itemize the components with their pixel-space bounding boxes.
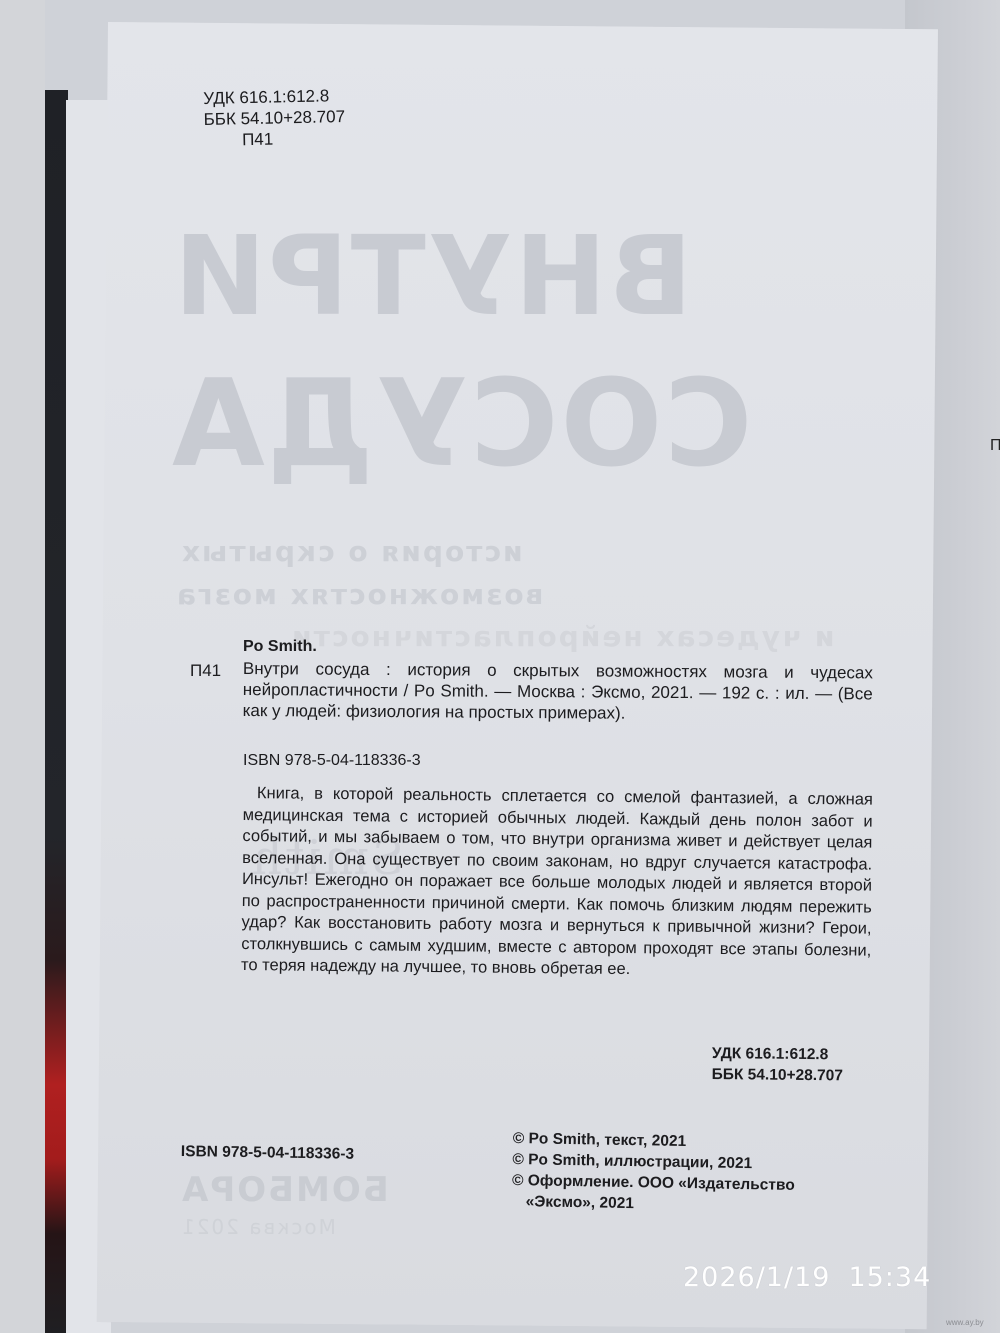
header-udk: УДК 616.1:612.8 bbox=[203, 85, 345, 109]
footer-isbn: ISBN 978-5-04-118336-3 bbox=[181, 1143, 354, 1164]
show-through-title-line2: СОСУДА bbox=[170, 355, 752, 494]
photo-timestamp: 2026/1/1915:34 bbox=[683, 1262, 931, 1293]
footer-udk: УДК 616.1:612.8 bbox=[712, 1043, 844, 1065]
show-through-publisher: БОМБОРА bbox=[180, 1170, 389, 1210]
site-watermark: www.ay.by bbox=[946, 1318, 984, 1327]
annotation-paragraph: Книга, в которой реальность сплетается с… bbox=[241, 783, 873, 983]
catalog-author: Po Smith. bbox=[243, 638, 317, 656]
header-bbk: ББК 54.10+28.707 bbox=[203, 106, 345, 130]
copyright-block: © Po Smith, текст, 2021 © Po Smith, иллю… bbox=[512, 1128, 796, 1217]
show-through-city-year: Москва 2021 bbox=[180, 1215, 336, 1239]
right-edge-glyph: П bbox=[990, 437, 1000, 455]
show-through-title-line1: ВНУТРИ bbox=[172, 212, 692, 340]
show-through-subtitle-line3: и чудесах нейропластичности bbox=[290, 620, 834, 653]
timestamp-date: 2026/1/19 bbox=[683, 1262, 830, 1293]
catalog-code: П41 bbox=[190, 661, 221, 681]
catalog-isbn: ISBN 978-5-04-118336-3 bbox=[243, 752, 421, 770]
show-through-subtitle-line2: возможностях мозга bbox=[175, 578, 543, 611]
footer-bbk: ББК 54.10+28.707 bbox=[712, 1064, 844, 1086]
timestamp-time: 15:34 bbox=[830, 1262, 931, 1293]
header-codes: УДК 616.1:612.8 ББК 54.10+28.707 П41 bbox=[203, 85, 346, 151]
footer-codes: УДК 616.1:612.8 ББК 54.10+28.707 bbox=[712, 1043, 844, 1086]
header-author-mark: П41 bbox=[204, 127, 346, 151]
book-cover-edge bbox=[45, 90, 68, 1333]
background-wall-left bbox=[0, 0, 45, 1333]
catalog-description: Внутри сосуда : история о скрытых возмож… bbox=[243, 658, 873, 725]
show-through-subtitle-line1: история о скрытых bbox=[180, 535, 523, 568]
